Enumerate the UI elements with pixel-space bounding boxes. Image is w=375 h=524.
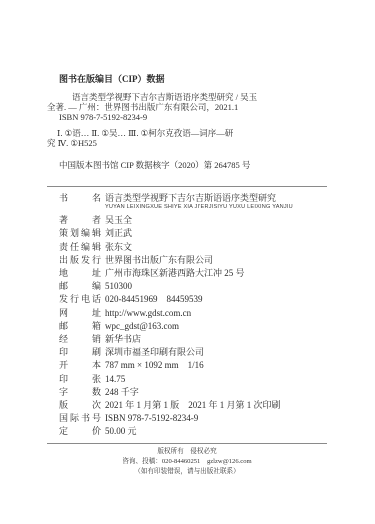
colophon-row-website: 网址 http://www.gdst.com.cn [47, 307, 327, 320]
row-label: 网址 [59, 307, 101, 320]
row-label: 字数 [59, 386, 101, 399]
row-value: 2021 年 1 月第 1 版 2021 年 1 月第 1 次印刷 [105, 399, 327, 412]
colophon-row-address: 地址 广州市海珠区新港西路大江冲 25 号 [47, 267, 327, 280]
colophon-section: 书名 语言类型学视野下吉尔吉斯语语序类型研究 YUYAN LEIXINGXUE … [47, 192, 327, 439]
colophon-row-publisher: 出版发行 世界图书出版广东有限公司 [47, 254, 327, 267]
row-label: 责任编辑 [59, 241, 101, 254]
divider-top [47, 186, 327, 187]
row-label: 地址 [59, 267, 101, 280]
row-label: 出版发行 [59, 254, 101, 267]
cip-record-number: 中国版本图书馆 CIP 数据核字（2020）第 264785 号 [47, 160, 327, 170]
colophon-row-format: 开本 787 mm × 1092 mm 1/16 [47, 359, 327, 372]
row-value: 14.75 [105, 373, 327, 386]
row-label: 著者 [59, 214, 101, 227]
colophon-row-isbn: 国际书号 ISBN 978-7-5192-8234-9 [47, 412, 327, 425]
colophon-row-email: 邮箱 wpc_gdst@163.com [47, 320, 327, 333]
row-value: 020-84451969 84459539 [105, 293, 327, 306]
row-label: 印张 [59, 373, 101, 386]
row-label: 策划编辑 [59, 227, 101, 240]
colophon-row-printer: 印刷 深圳市福圣印刷有限公司 [47, 346, 327, 359]
colophon-row-postcode: 邮编 510300 [47, 280, 327, 293]
row-value: http://www.gdst.com.cn [105, 307, 327, 320]
row-label: 经销 [59, 333, 101, 346]
cip-classification-line1: Ⅰ. ①语… Ⅱ. ①吴… Ⅲ. ①柯尔克孜语—词序—研 [47, 128, 327, 138]
row-value: 张东文 [105, 241, 327, 254]
row-value: 248 千字 [105, 386, 327, 399]
colophon-row-word-count: 字数 248 千字 [47, 386, 327, 399]
colophon-row-distributor: 经销 新华书店 [47, 333, 327, 346]
cip-section: 图书在版编目（CIP）数据 语言类型学视野下吉尔吉斯语语序类型研究 / 吴玉 全… [47, 74, 327, 170]
page-content: 图书在版编目（CIP）数据 语言类型学视野下吉尔吉斯语语序类型研究 / 吴玉 全… [47, 74, 327, 477]
row-label: 邮箱 [59, 320, 101, 333]
colophon-row-price: 定价 50.00 元 [47, 425, 327, 438]
contact-line: 咨询、投稿：020-84460251 gzlzw@126.com [47, 457, 327, 467]
colophon-row-phone: 发行电话 020-84451969 84459539 [47, 293, 327, 306]
row-value: 510300 [105, 280, 327, 293]
cip-heading: 图书在版编目（CIP）数据 [47, 74, 327, 84]
colophon-row-sheets: 印张 14.75 [47, 373, 327, 386]
copyright-page: 图书在版编目（CIP）数据 语言类型学视野下吉尔吉斯语语序类型研究 / 吴玉 全… [0, 0, 375, 524]
row-label: 定价 [59, 425, 101, 438]
colophon-row-planning-editor: 策划编辑 刘正武 [47, 227, 327, 240]
row-label: 书名 [59, 192, 101, 205]
row-label: 开本 [59, 359, 101, 372]
cip-description-line2: 全著. — 广州：世界图书出版广东有限公司，2021.1 [47, 102, 327, 112]
row-label: 发行电话 [59, 293, 101, 306]
colophon-row-edition: 版次 2021 年 1 月第 1 版 2021 年 1 月第 1 次印刷 [47, 399, 327, 412]
cip-classification-line2: 究 Ⅳ. ①H525 [47, 138, 327, 148]
row-value: 世界图书出版广东有限公司 [105, 254, 327, 267]
cip-isbn-line: ISBN 978-7-5192-8234-9 [47, 112, 327, 122]
row-value: 深圳市福圣印刷有限公司 [105, 346, 327, 359]
row-label: 印刷 [59, 346, 101, 359]
footer-notices: 版权所有 侵权必究 咨询、投稿：020-84460251 gzlzw@126.c… [47, 447, 327, 477]
row-value: 广州市海珠区新港西路大江冲 25 号 [105, 267, 327, 280]
row-value: 787 mm × 1092 mm 1/16 [105, 359, 327, 372]
row-value: 50.00 元 [105, 425, 327, 438]
cip-description-line1: 语言类型学视野下吉尔吉斯语语序类型研究 / 吴玉 [47, 92, 327, 102]
row-value: 吴玉全 [105, 214, 327, 227]
row-label: 国际书号 [59, 412, 101, 425]
row-value: wpc_gdst@163.com [105, 320, 327, 333]
divider-bottom [47, 443, 327, 444]
row-value: 刘正武 [105, 227, 327, 240]
colophon-row-author: 著者 吴玉全 [47, 214, 327, 227]
copyright-notice: 版权所有 侵权必究 [47, 447, 327, 457]
row-label: 版次 [59, 399, 101, 412]
row-label: 邮编 [59, 280, 101, 293]
row-value: ISBN 978-7-5192-8234-9 [105, 412, 327, 425]
misprint-notice: （如有印装错误，请与出版社联系） [47, 467, 327, 477]
colophon-row-executive-editor: 责任编辑 张东文 [47, 241, 327, 254]
row-value: 新华书店 [105, 333, 327, 346]
